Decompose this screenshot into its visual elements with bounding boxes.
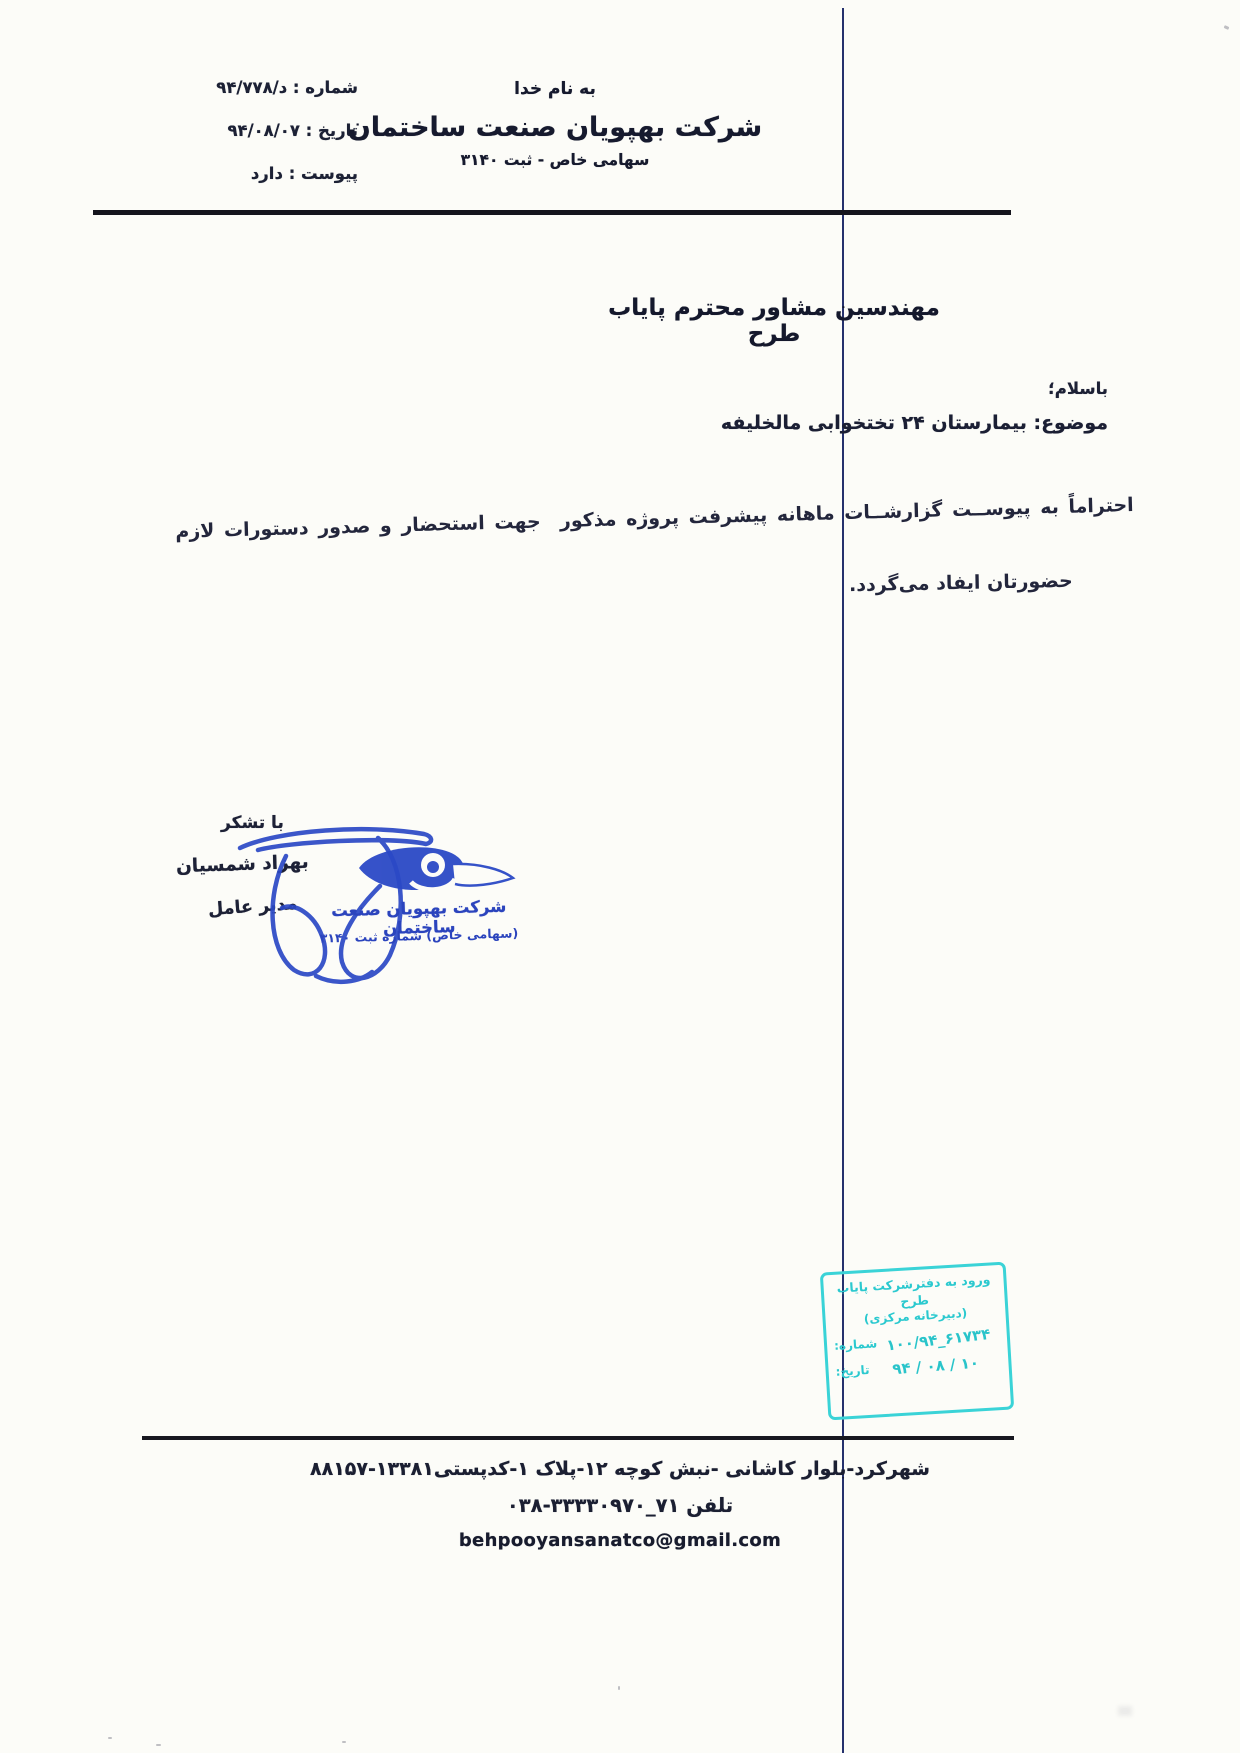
scanned-letter-page: شماره : ۹۴/د/۷۷۸ تاریخ : ۹۴/۰۸/۰۷ پیوست … <box>0 0 1240 1753</box>
received-stamp-date-label: تاریخ: <box>835 1363 870 1379</box>
received-stamp-date-handwritten: ۹۴ / ۰۸ / ۱۰ <box>869 1352 1002 1380</box>
salutation: باسلام؛ <box>1048 379 1108 398</box>
received-stamp-date-row: تاریخ: ۹۴ / ۰۸ / ۱۰ <box>835 1353 1002 1381</box>
received-stamp-number-handwritten: ۱۰۰/۹۴_۶۱۷۳۴ <box>876 1324 1000 1356</box>
company-name: شرکت بهپویان صنعت ساختمان <box>330 110 780 146</box>
footer-divider-rule <box>142 1436 1014 1440</box>
footer-phone-number: ۰۳۸-۳۳۳۳۰۹۷۰_۷۱ <box>507 1494 680 1517</box>
footer-postal-code: ۸۸۱۵۷-۱۳۳۸۱ <box>310 1458 434 1480</box>
body-text-line1: احتراماً به پیوســت گزارشــات ماهانه پیش… <box>175 494 1134 543</box>
footer-phone: تلفن ۰۳۸-۳۳۳۳۰۹۷۰_۷۱ <box>0 1494 1240 1517</box>
scan-noise-speck <box>1224 25 1230 30</box>
footer-address-text: شهرکرد-بلوار کاشانی -نبش کوچه ۱۲-پلاک ۱-… <box>434 1458 930 1480</box>
scan-noise-speck <box>156 1744 161 1746</box>
scan-artifact-vertical-line <box>842 8 844 1753</box>
bismillah: به نام خدا <box>330 78 780 100</box>
footer-email: behpooyansanatco@gmail.com <box>0 1530 1240 1551</box>
scan-noise-speck <box>108 1737 112 1739</box>
received-stamp: ورود به دفترشرکت پایاب طرح (دبیرخانه مرک… <box>820 1262 1014 1421</box>
letterhead-center: به نام خدا شرکت بهپویان صنعت ساختمان سها… <box>330 78 780 169</box>
received-stamp-number-row: شماره: ۱۰۰/۹۴_۶۱۷۳۴ <box>834 1327 1001 1355</box>
recipient-title: مهندسین مشاور محترم پایاب طرح <box>603 295 945 347</box>
letter-attachment-value: دارد <box>251 164 283 183</box>
subject-line: موضوع: بیمارستان ۲۴ تختخوابی مالخلیفه <box>721 412 1108 434</box>
scan-noise-speck <box>342 1741 346 1743</box>
letter-number-value: ۹۴/د/۷۷۸ <box>216 76 287 100</box>
body-text-line2: حضورتان ایفاد می‌گردد. <box>849 570 1073 596</box>
header-divider-rule <box>93 210 1011 215</box>
company-subtitle: سهامی خاص - ثبت ۳۱۴۰ <box>330 151 780 169</box>
footer-phone-label: تلفن <box>686 1494 733 1517</box>
scan-noise-smudge <box>1118 1706 1132 1716</box>
scan-noise-speck <box>618 1686 620 1690</box>
received-stamp-number-label: شماره: <box>834 1336 878 1353</box>
footer-address: شهرکرد-بلوار کاشانی -نبش کوچه ۱۲-پلاک ۱-… <box>0 1458 1240 1480</box>
letter-date-value: ۹۴/۰۸/۰۷ <box>227 119 299 143</box>
